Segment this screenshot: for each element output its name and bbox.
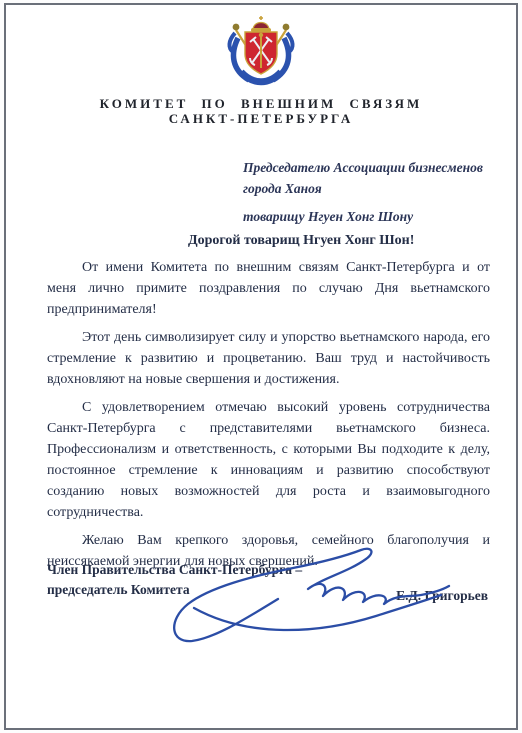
paragraph: С удовлетворением отмечаю высокий уровен…	[47, 397, 490, 523]
sceptre-finial-icon	[233, 24, 240, 31]
signer-name: Е.Д. Григорьев	[396, 588, 488, 604]
salutation: Дорогой товарищ Нгуен Хонг Шон!	[188, 233, 414, 249]
letter-body: От имени Комитета по внешним связям Санк…	[47, 257, 490, 579]
signer-position-line1: Член Правительства Санкт-Петербурга –	[47, 560, 357, 580]
signer-position-line2: председатель Комитета	[47, 580, 357, 600]
addressee-city: города Ханоя	[243, 178, 503, 199]
paragraph: От имени Комитета по внешним связям Санк…	[47, 257, 490, 320]
addressee-block: Председателю Ассоциации бизнесменов горо…	[243, 157, 503, 227]
addressee-person: товарищу Нгуен Хонг Шону	[243, 206, 503, 227]
paragraph: Этот день символизирует силу и упорство …	[47, 327, 490, 390]
addressee-title: Председателю Ассоциации бизнесменов	[243, 157, 503, 178]
organization-name: КОМИТЕТ ПО ВНЕШНИМ СВЯЗЯМ САНКТ-ПЕТЕРБУР…	[0, 96, 522, 126]
signer-position: Член Правительства Санкт-Петербурга – пр…	[47, 560, 357, 600]
org-name-line2: САНКТ-ПЕТЕРБУРГА	[0, 111, 522, 126]
coat-of-arms-icon	[223, 8, 299, 92]
sceptre-finial-icon	[283, 24, 290, 31]
org-name-line1: КОМИТЕТ ПО ВНЕШНИМ СВЯЗЯМ	[0, 96, 522, 111]
crown-icon	[251, 16, 271, 32]
